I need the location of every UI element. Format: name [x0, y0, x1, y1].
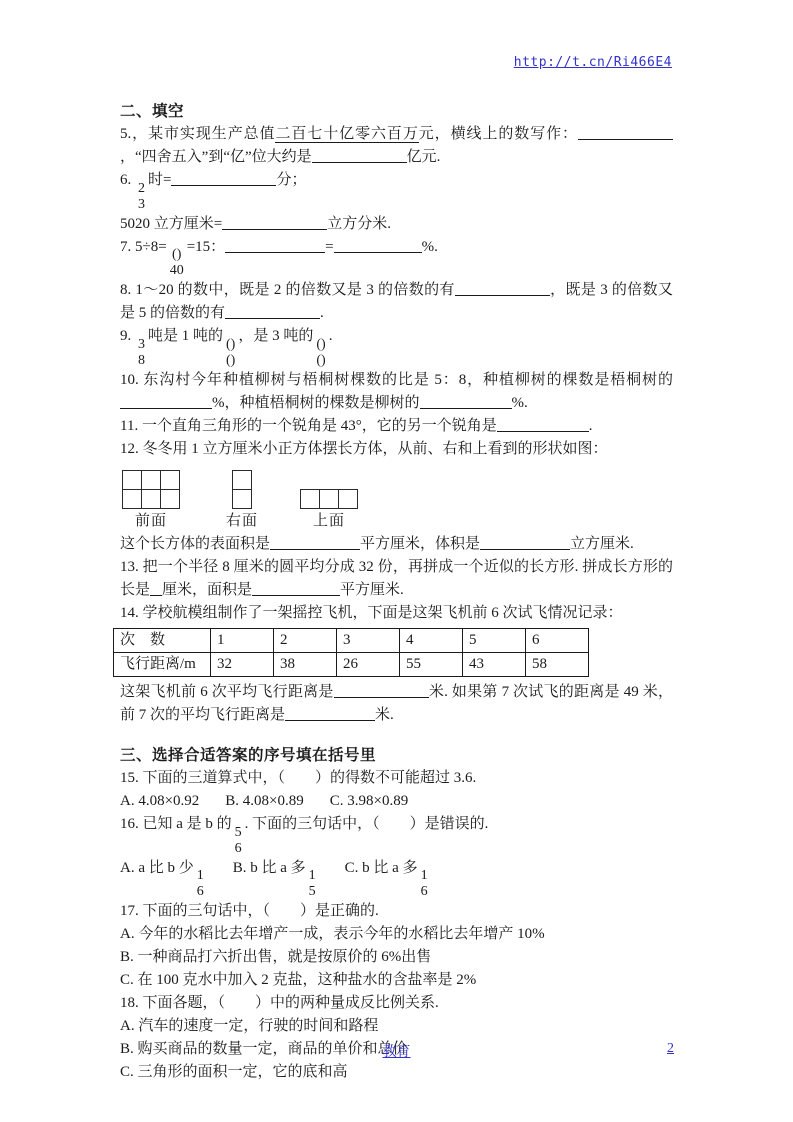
table-row: 次 数123456 — [114, 629, 589, 653]
text-run: B. b 比 a 多 — [233, 860, 306, 876]
table-cell: 5 — [463, 629, 526, 653]
fraction: 15 — [309, 868, 316, 900]
view-grid-front — [122, 470, 180, 509]
question-15: 15. 下面的三道算式中，（ ）的得数不可能超过 3.6. — [120, 767, 673, 790]
table-cell: 次 数 — [114, 629, 211, 653]
blank-field — [150, 583, 162, 596]
text-run: 平方厘米，体积是 — [360, 536, 480, 552]
text-run: . 下面的三句话中，（ ）是错误的. — [245, 816, 489, 832]
blank-field — [312, 150, 407, 163]
fraction-numerator: () — [316, 337, 325, 353]
question-13: 13. 把一个半径 8 厘米的圆平均分成 32 份，再拼成一个近似的长方形. 拼… — [120, 556, 673, 602]
blank-field — [497, 419, 589, 432]
blank-field — [285, 708, 375, 721]
text-run: 平方厘米. — [340, 582, 404, 598]
text-run: 厘米，面积是 — [162, 582, 252, 598]
question-17: 17. 下面的三句话中，（ ）是正确的. — [120, 900, 673, 923]
question-14b: 这架飞机前 6 次平均飞行距离是米. 如果第 7 次试飞的距离是 49 米，前 … — [120, 681, 673, 727]
table-cell: 43 — [463, 653, 526, 677]
grid-cell — [123, 490, 141, 508]
text-run: = — [325, 239, 333, 255]
question-17-option-a: A. 今年的水稻比去年增产一成，表示今年的水稻比去年增产 10% — [120, 923, 673, 946]
question-6b: 5020 立方厘米=立方分米. — [120, 213, 673, 236]
question-12b: 这个长方体的表面积是平方厘米，体积是立方厘米. — [120, 533, 673, 556]
grid-cell — [123, 471, 141, 489]
text-run: %，种植梧桐树的棵数是柳树的 — [212, 395, 420, 411]
text-run: 9. — [120, 328, 135, 344]
text-run: 17. 下面的三句话中，（ ）是正确的. — [120, 903, 379, 919]
blank-field — [225, 240, 325, 253]
text-run: 米. — [375, 707, 394, 723]
question-17-option-b: B. 一种商品打六折出售，就是按原价的 6%出售 — [120, 946, 673, 969]
fraction-denominator: () — [226, 353, 235, 369]
fraction-numerator: 1 — [309, 868, 316, 884]
text-run: 元，横线上的数写作： — [419, 126, 578, 142]
fraction-denominator: 40 — [170, 263, 184, 279]
fraction: 56 — [235, 825, 242, 857]
text-run: . — [320, 305, 324, 321]
grid-cell — [301, 490, 319, 508]
text-run: 8. 1～20 的数中，既是 2 的倍数又是 3 的倍数的有 — [120, 282, 455, 298]
text-run: A. 今年的水稻比去年增产一成，表示今年的水稻比去年增产 10% — [120, 926, 545, 942]
table-cell: 4 — [400, 629, 463, 653]
fraction-numerator: 5 — [235, 825, 242, 841]
blank-field — [120, 396, 212, 409]
fraction: 16 — [197, 868, 204, 900]
text-run: 14. 学校航模组制作了一架摇控飞机，下面是这架飞机前 6 次试飞情况记录： — [120, 605, 623, 621]
text-run: 时= — [148, 172, 171, 188]
question-18-option-a: A. 汽车的速度一定，行驶的时间和路程 — [120, 1015, 673, 1038]
blank-field — [171, 173, 276, 186]
text-run: 12. 冬冬用 1 立方厘米小正方体摆长方体，从前、右和上看到的形状如图： — [120, 441, 608, 457]
text-run: 7. 5÷8= — [120, 239, 167, 255]
fraction-numerator: 1 — [421, 868, 428, 884]
view-grid-top — [300, 489, 358, 509]
worksheet-body: 二、填空5.，某市实现生产总值二百七十亿零六百万元，横线上的数写作：，“四舍五入… — [120, 100, 673, 1084]
fraction-denominator: 6 — [235, 841, 242, 857]
text-run: B. 一种商品打六折出售，就是按原价的 6%出售 — [120, 949, 431, 965]
fraction: 38 — [138, 337, 145, 369]
view-label-top: 上面 — [313, 512, 345, 530]
header-short-url-link[interactable]: http://t.cn/Ri466E4 — [514, 55, 672, 70]
text-run: 5.，某市实现生产总值 — [120, 126, 275, 142]
text-run: 分； — [276, 172, 306, 188]
blank-field — [455, 283, 550, 296]
text-run: 立方分米. — [327, 216, 391, 232]
text-run: %. — [512, 395, 528, 411]
blank-field — [420, 396, 512, 409]
text-run: 6. — [120, 172, 135, 188]
blank-field — [252, 583, 340, 596]
table-cell: 6 — [526, 629, 589, 653]
grid-cell — [161, 471, 179, 489]
fraction: ()40 — [170, 247, 184, 279]
blank-field — [480, 537, 570, 550]
question-9: 9. 38吨是 1 吨的()()，是 3 吨的()(). — [120, 325, 673, 369]
fraction-denominator: 6 — [197, 884, 204, 900]
table-cell: 3 — [337, 629, 400, 653]
view-label-front: 前面 — [135, 512, 167, 530]
table-cell: 58 — [526, 653, 589, 677]
question-12: 12. 冬冬用 1 立方厘米小正方体摆长方体，从前、右和上看到的形状如图： — [120, 438, 673, 461]
blank-field — [225, 306, 320, 319]
view-figure-right: 右面 — [226, 470, 258, 530]
underlined-text: 二百七十亿零六百万 — [275, 126, 418, 143]
question-18-option-c: C. 三角形的面积一定，它的底和高 — [120, 1061, 673, 1084]
view-label-right: 右面 — [226, 512, 258, 530]
table-cell: 2 — [274, 629, 337, 653]
blank-field — [334, 685, 429, 698]
text-run: 18. 下面各题，（ ）中的两种量成反比例关系. — [120, 995, 439, 1011]
question-6: 6. 23时=分； — [120, 169, 673, 213]
fraction-denominator: () — [316, 353, 325, 369]
text-run: =15： — [187, 239, 225, 255]
text-run: A. 汽车的速度一定，行驶的时间和路程 — [120, 1018, 378, 1034]
text-run: 10. 东沟村今年种植柳树与梧桐树棵数的比是 5：8，种植柳树的棵数是梧桐树的 — [120, 372, 673, 388]
question-18: 18. 下面各题，（ ）中的两种量成反比例关系. — [120, 992, 673, 1015]
fraction-denominator: 6 — [421, 884, 428, 900]
fraction-denominator: 5 — [309, 884, 316, 900]
fraction-denominator: 8 — [138, 353, 145, 369]
text-run: 11. 一个直角三角形的一个锐角是 43°，它的另一个锐角是 — [120, 418, 497, 434]
blank-field — [222, 217, 327, 230]
question-16: 16. 已知 a 是 b 的56. 下面的三句话中，（ ）是错误的. — [120, 813, 673, 857]
question-14: 14. 学校航模组制作了一架摇控飞机，下面是这架飞机前 6 次试飞情况记录： — [120, 602, 673, 625]
grid-cell — [142, 490, 160, 508]
grid-cell — [161, 490, 179, 508]
question-7: 7. 5÷8=()40=15：=%. — [120, 236, 673, 280]
text-run: C. b 比 a 多 — [345, 860, 418, 876]
text-run: 立方厘米. — [570, 536, 634, 552]
text-run: 16. 已知 a 是 b 的 — [120, 816, 232, 832]
grid-cell — [142, 471, 160, 489]
fraction: ()() — [316, 337, 325, 369]
blank-field — [334, 240, 422, 253]
text-run: C. 在 100 克水中加入 2 克盐，这种盐水的含盐率是 2% — [120, 972, 476, 988]
fraction: 23 — [138, 181, 145, 213]
fraction-numerator: 1 — [197, 868, 204, 884]
table-cell: 32 — [211, 653, 274, 677]
blank-field — [578, 127, 673, 140]
section-3-heading: 三、选择合适答案的序号填在括号里 — [120, 744, 673, 767]
question-17-option-c: C. 在 100 克水中加入 2 克盐，这种盐水的含盐率是 2% — [120, 969, 673, 992]
grid-cell — [233, 471, 251, 489]
three-views-figure: 前面右面上面 — [122, 470, 673, 530]
text-run: ，“四舍五入”到“亿”位大约是 — [120, 149, 312, 165]
text-run: B. 4.08×0.89 — [225, 793, 303, 809]
flight-record-table: 次 数123456飞行距离/m323826554358 — [113, 628, 589, 677]
table-cell: 38 — [274, 653, 337, 677]
text-run: 这架飞机前 6 次平均飞行距离是 — [120, 684, 334, 700]
text-run: . — [589, 418, 593, 434]
text-run: C. 3.98×0.89 — [330, 793, 408, 809]
section-2-heading: 二、填空 — [120, 100, 673, 123]
grid-cell — [339, 490, 357, 508]
question-10: 10. 东沟村今年种植柳树与梧桐树棵数的比是 5：8，种植柳树的棵数是梧桐树的%… — [120, 369, 673, 415]
text-run: ，是 3 吨的 — [238, 328, 313, 344]
question-16-options: A. a 比 b 少16B. b 比 a 多15C. b 比 a 多16 — [120, 857, 673, 901]
text-run: C. 三角形的面积一定，它的底和高 — [120, 1064, 348, 1080]
text-run: 15. 下面的三道算式中，（ ）的得数不可能超过 3.6. — [120, 770, 476, 786]
text-run: 亿元. — [407, 149, 441, 165]
text-run: 5020 立方厘米= — [120, 216, 222, 232]
page-number[interactable]: 2 — [667, 1041, 674, 1057]
view-grid-right — [232, 470, 252, 509]
fraction: 16 — [421, 868, 428, 900]
table-cell: 飞行距离/m — [114, 653, 211, 677]
table-cell: 26 — [337, 653, 400, 677]
question-15-options: A. 4.08×0.92B. 4.08×0.89C. 3.98×0.89 — [120, 790, 673, 813]
blank-field — [270, 537, 360, 550]
grid-cell — [320, 490, 338, 508]
question-8: 8. 1～20 的数中，既是 2 的倍数又是 3 的倍数的有，既是 3 的倍数又… — [120, 279, 673, 325]
table-cell: 55 — [400, 653, 463, 677]
fraction-numerator: () — [172, 247, 181, 263]
text-run: A. a 比 b 少 — [120, 860, 194, 876]
table-cell: 1 — [211, 629, 274, 653]
text-run: . — [329, 328, 333, 344]
fraction-denominator: 3 — [138, 197, 145, 213]
fraction: ()() — [226, 337, 235, 369]
text-run: 吨是 1 吨的 — [148, 328, 223, 344]
text-run: 这个长方体的表面积是 — [120, 536, 270, 552]
question-11: 11. 一个直角三角形的一个锐角是 43°，它的另一个锐角是. — [120, 415, 673, 438]
table-row: 飞行距离/m323826554358 — [114, 653, 589, 677]
text-run: %. — [422, 239, 438, 255]
grid-cell — [233, 490, 251, 508]
question-5: 5.，某市实现生产总值二百七十亿零六百万元，横线上的数写作：，“四舍五入”到“亿… — [120, 123, 673, 169]
fraction-numerator: 2 — [138, 181, 145, 197]
view-figure-top: 上面 — [300, 489, 358, 530]
footer: 教育 — [0, 1041, 793, 1061]
fraction-numerator: () — [226, 337, 235, 353]
education-link[interactable]: 教育 — [383, 1045, 411, 1060]
view-figure-front: 前面 — [122, 470, 180, 530]
fraction-numerator: 3 — [138, 337, 145, 353]
text-run: A. 4.08×0.92 — [120, 793, 199, 809]
